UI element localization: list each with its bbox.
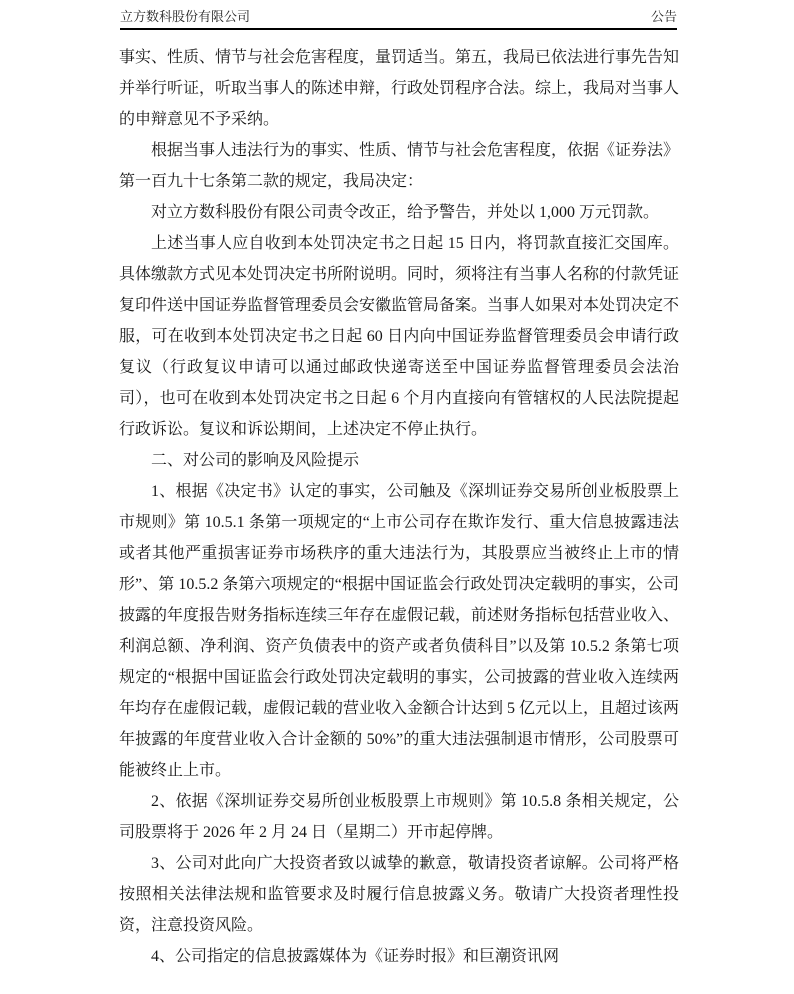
header-doc-type: 公告	[651, 8, 677, 25]
page-header: 立方数科股份有限公司 公告	[120, 8, 677, 30]
paragraph: 上述当事人应自收到本处罚决定书之日起 15 日内，将罚款直接汇交国库。具体缴款方…	[119, 228, 679, 445]
paragraph: 事实、性质、情节与社会危害程度，量罚适当。第五，我局已依法进行事先告知并举行听证…	[119, 42, 679, 135]
paragraph: 3、公司对此向广大投资者致以诚挚的歉意，敬请投资者谅解。公司将严格按照相关法律法…	[119, 848, 679, 941]
paragraph: 二、对公司的影响及风险提示	[119, 445, 679, 476]
header-company-name: 立方数科股份有限公司	[120, 8, 250, 25]
paragraph: 2、依据《深圳证券交易所创业板股票上市规则》第 10.5.8 条相关规定，公司股…	[119, 786, 679, 848]
document-page: 立方数科股份有限公司 公告 事实、性质、情节与社会危害程度，量罚适当。第五，我局…	[0, 0, 794, 994]
paragraph: 1、根据《决定书》认定的事实，公司触及《深圳证券交易所创业板股票上市规则》第 1…	[119, 476, 679, 786]
document-body: 事实、性质、情节与社会危害程度，量罚适当。第五，我局已依法进行事先告知并举行听证…	[119, 42, 679, 972]
paragraph: 根据当事人违法行为的事实、性质、情节与社会危害程度，依据《证券法》第一百九十七条…	[119, 135, 679, 197]
paragraph: 对立方数科股份有限公司责令改正，给予警告，并处以 1,000 万元罚款。	[119, 197, 679, 228]
paragraph: 4、公司指定的信息披露媒体为《证券时报》和巨潮资讯网	[119, 941, 679, 972]
